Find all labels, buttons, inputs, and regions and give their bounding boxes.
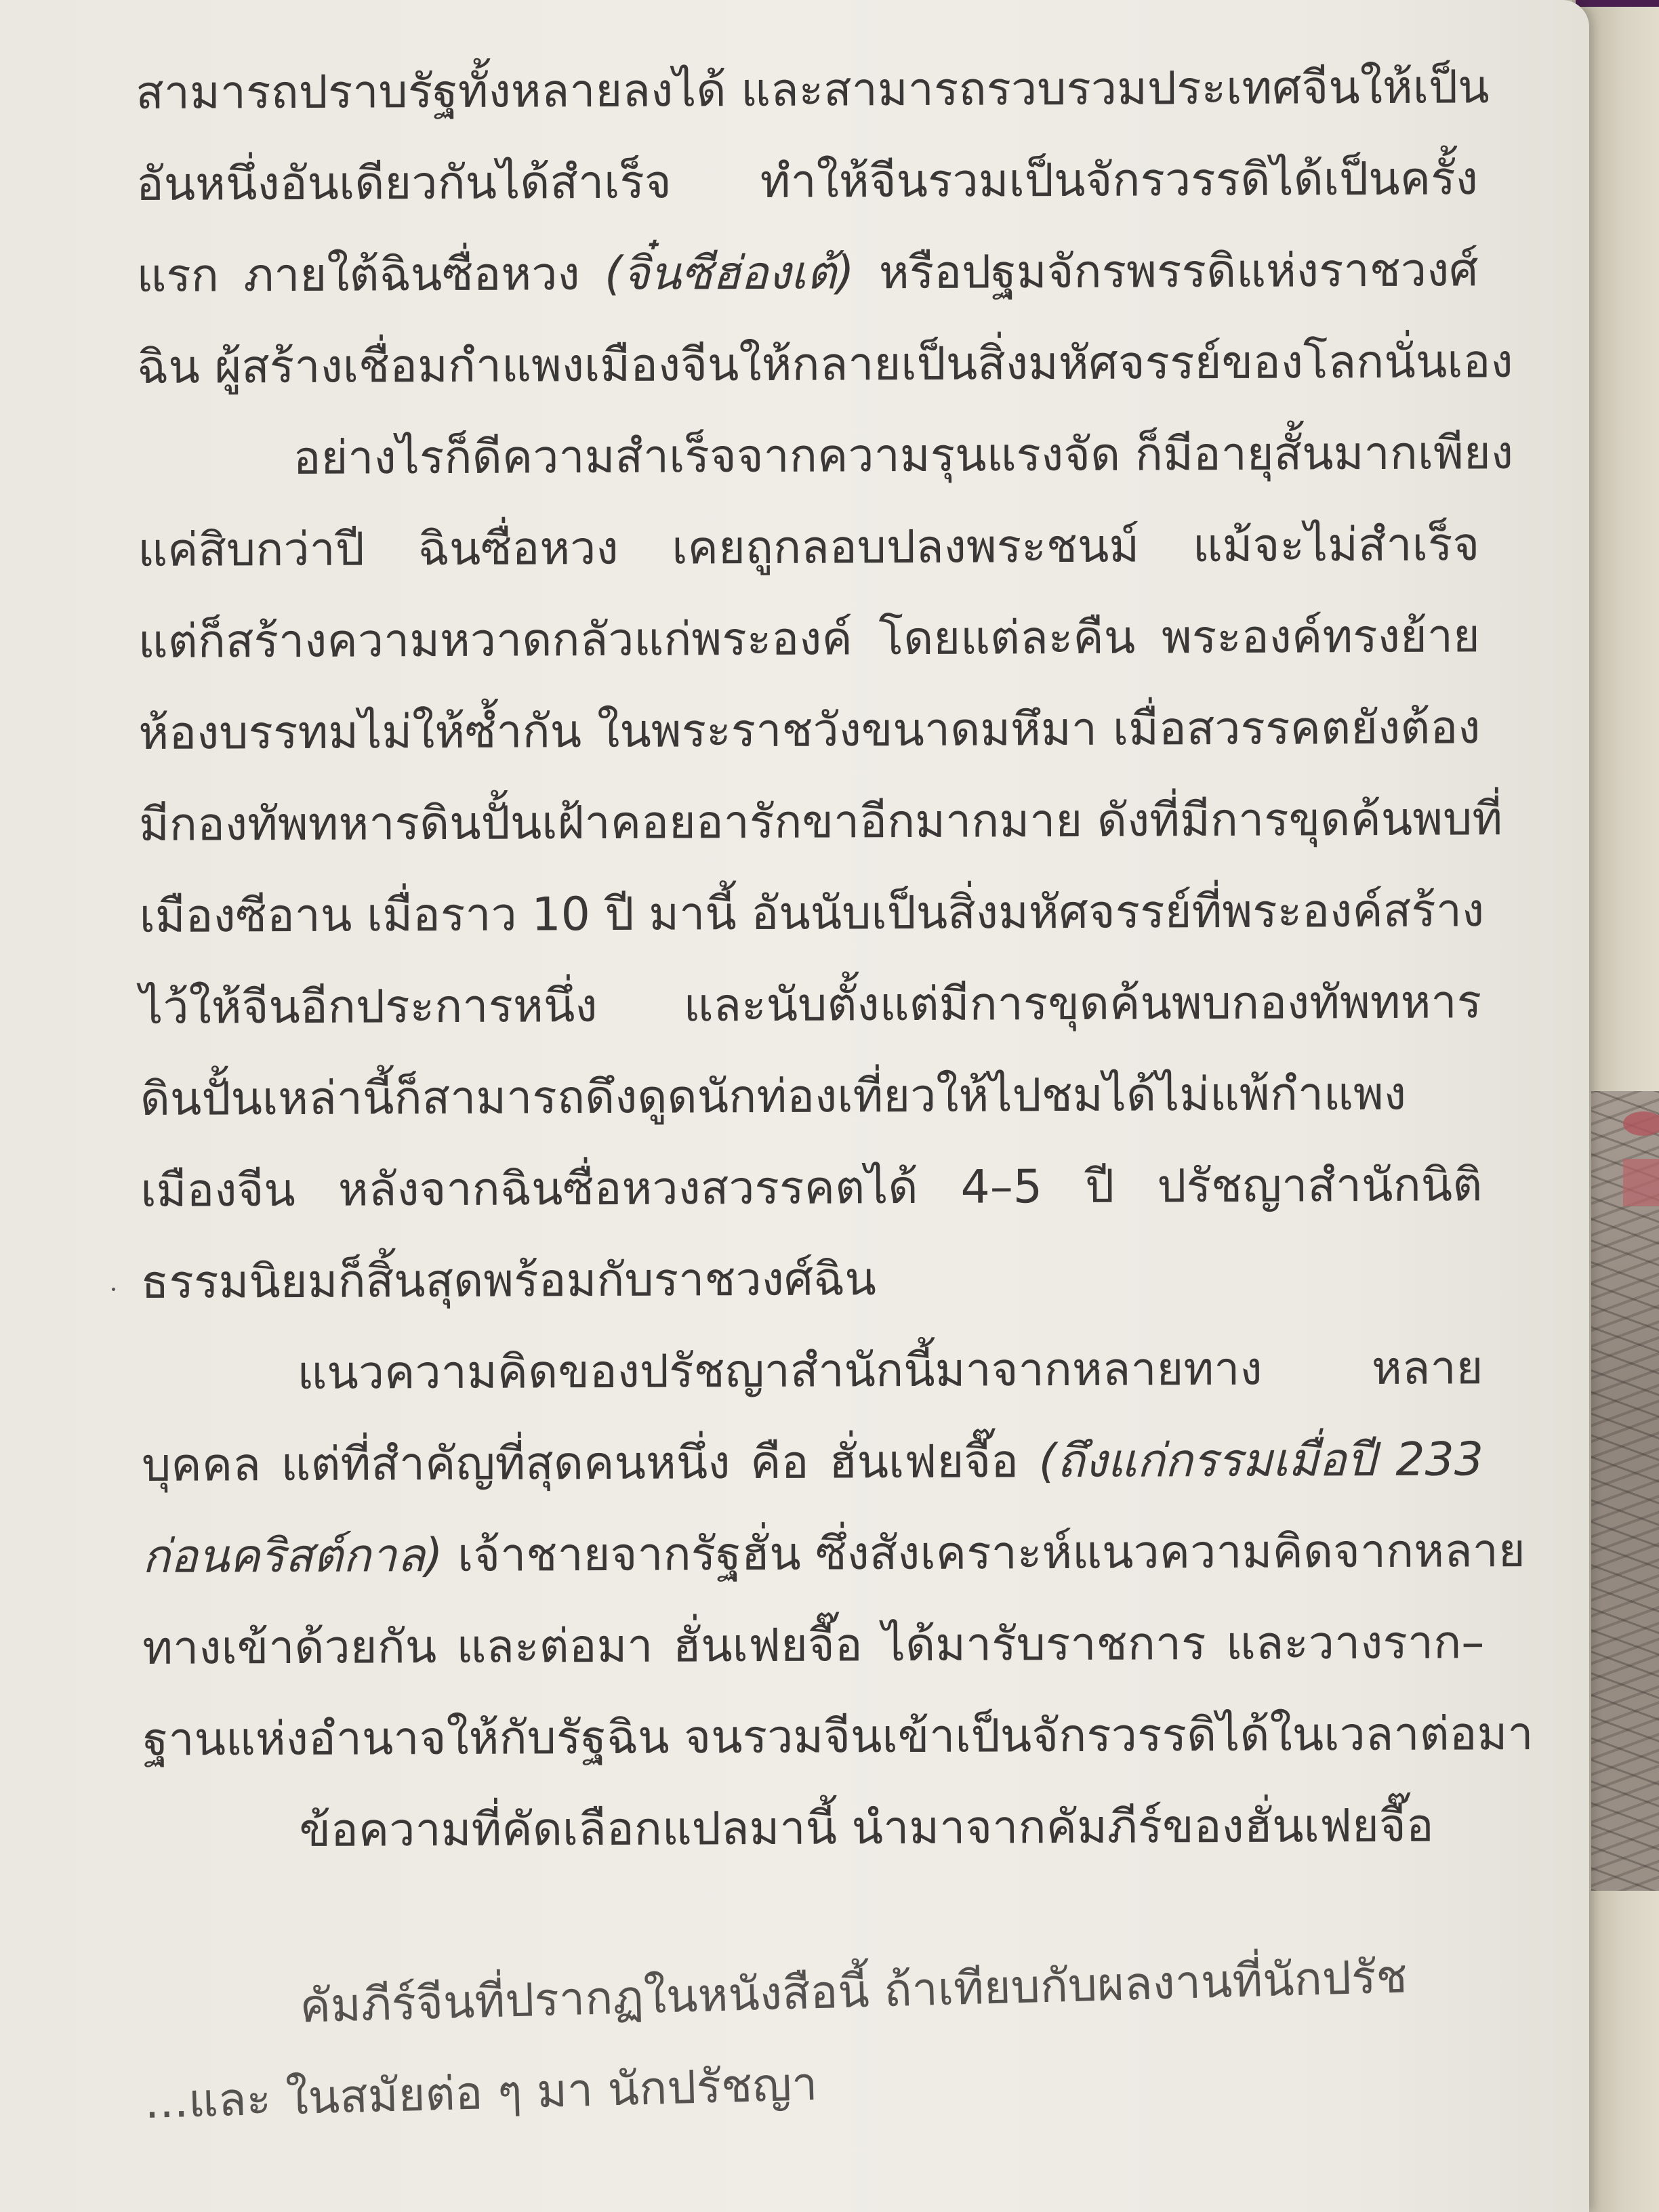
paragraph-2: อย่างไรก็ดีความสำเร็จจากความรุนแรงจัด ก็… — [137, 407, 1483, 1328]
text-line: อย่างไรก็ดีความสำเร็จจากความรุนแรงจัด ก็… — [137, 407, 1479, 505]
text-line: แรก ภายใต้ฉินซื่อหวง (จิ๋นซีฮ่องเต้) หรื… — [136, 224, 1479, 322]
text-line: แต่ก็สร้างความหวาดกลัวแก่พระองค์ โดยแต่ล… — [138, 590, 1481, 688]
text-line: เมืองซีอาน เมื่อราว 10 ปี มานี้ อันนับเป… — [139, 865, 1481, 962]
background-purple-edge — [1576, 0, 1659, 7]
adjacent-artwork-edge — [1591, 1091, 1659, 1891]
text-line: มีกองทัพทหารดินปั้นเฝ้าคอยอารักขาอีกมากม… — [139, 773, 1481, 871]
text-span: แรก ภายใต้ฉินซื่อหวง — [136, 247, 605, 303]
text-span: เจ้าชายจากรัฐฮั่น ซึ่งสังเคราะห์แนวความค… — [443, 1524, 1525, 1582]
print-speck — [112, 1288, 115, 1291]
page-body-text: สามารถปราบรัฐทั้งหลายลงได้ และสามารถรวบร… — [136, 41, 1487, 2148]
text-line: สามารถปราบรัฐทั้งหลายลงได้ และสามารถรวบร… — [136, 41, 1478, 139]
text-line: ฉิน ผู้สร้างเชื่อมกำแพงเมืองจีนให้กลายเป… — [137, 316, 1479, 413]
italic-annotation: ก่อนคริสต์กาล) — [142, 1529, 443, 1584]
paragraph-5: คัมภีร์จีนที่ปรากฏในหนังสือนี้ ถ้าเทียบก… — [144, 1959, 1486, 2148]
paragraph-1: สามารถปราบรัฐทั้งหลายลงได้ และสามารถรวบร… — [136, 41, 1479, 413]
book-page: สามารถปราบรัฐทั้งหลายลงได้ และสามารถรวบร… — [0, 0, 1589, 2212]
text-line: แค่สิบกว่าปี ฉินซื่อหวง เคยถูกลอบปลงพระช… — [138, 499, 1480, 596]
text-line: เมืองจีน หลังจากฉินซื่อหวงสวรรคตได้ 4–5 … — [140, 1139, 1483, 1237]
text-line: ดินปั้นเหล่านี้ก็สามารถดึงดูดนักท่องเที่… — [140, 1048, 1482, 1145]
text-line: ข้อความที่คัดเลือกแปลมานี้ นำมาจากคัมภีร… — [143, 1780, 1486, 1877]
text-line: ห้องบรรทมไม่ให้ซ้ำกัน ในพระราชวังขนาดมหึ… — [138, 682, 1481, 779]
text-span: หรือปฐมจักรพรรดิแห่งราชวงศ์ — [854, 243, 1478, 300]
text-line: ก่อนคริสต์กาล) เจ้าชายจากรัฐฮั่น ซึ่งสัง… — [142, 1505, 1484, 1603]
text-line: บุคคล แต่ที่สำคัญที่สุดคนหนึ่ง คือ ฮั่นเ… — [142, 1414, 1484, 1511]
paragraph-4: ข้อความที่คัดเลือกแปลมานี้ นำมาจากคัมภีร… — [143, 1780, 1486, 1877]
red-seal-square — [1623, 1159, 1659, 1206]
paragraph-3: แนวความคิดของปรัชญาสำนักนี้มาจากหลายทาง … — [141, 1322, 1485, 1786]
red-seal-oval — [1623, 1111, 1659, 1136]
text-span: บุคคล แต่ที่สำคัญที่สุดคนหนึ่ง คือ ฮั่นเ… — [142, 1435, 1039, 1492]
italic-annotation: (จิ๋นซีฮ่องเต้) — [605, 246, 855, 301]
text-line: ทางเข้าด้วยกัน และต่อมา ฮั่นเฟยจื๊อ ได้ม… — [142, 1597, 1485, 1694]
text-line: ไว้ให้จีนอีกประการหนึ่ง และนับตั้งแต่มีก… — [140, 956, 1482, 1054]
text-line: อันหนึ่งอันเดียวกันได้สำเร็จ ทำให้จีนรวม… — [136, 133, 1479, 230]
text-line: ธรรมนิยมก็สิ้นสุดพร้อมกับราชวงศ์ฉิน — [141, 1231, 1483, 1328]
italic-annotation: (ถึงแก่กรรมเมื่อปี 233 — [1038, 1433, 1483, 1488]
text-line: ฐานแห่งอำนาจให้กับรัฐฉิน จนรวมจีนเข้าเป็… — [143, 1688, 1486, 1786]
text-line: แนวความคิดของปรัชญาสำนักนี้มาจากหลายทาง … — [141, 1322, 1483, 1420]
